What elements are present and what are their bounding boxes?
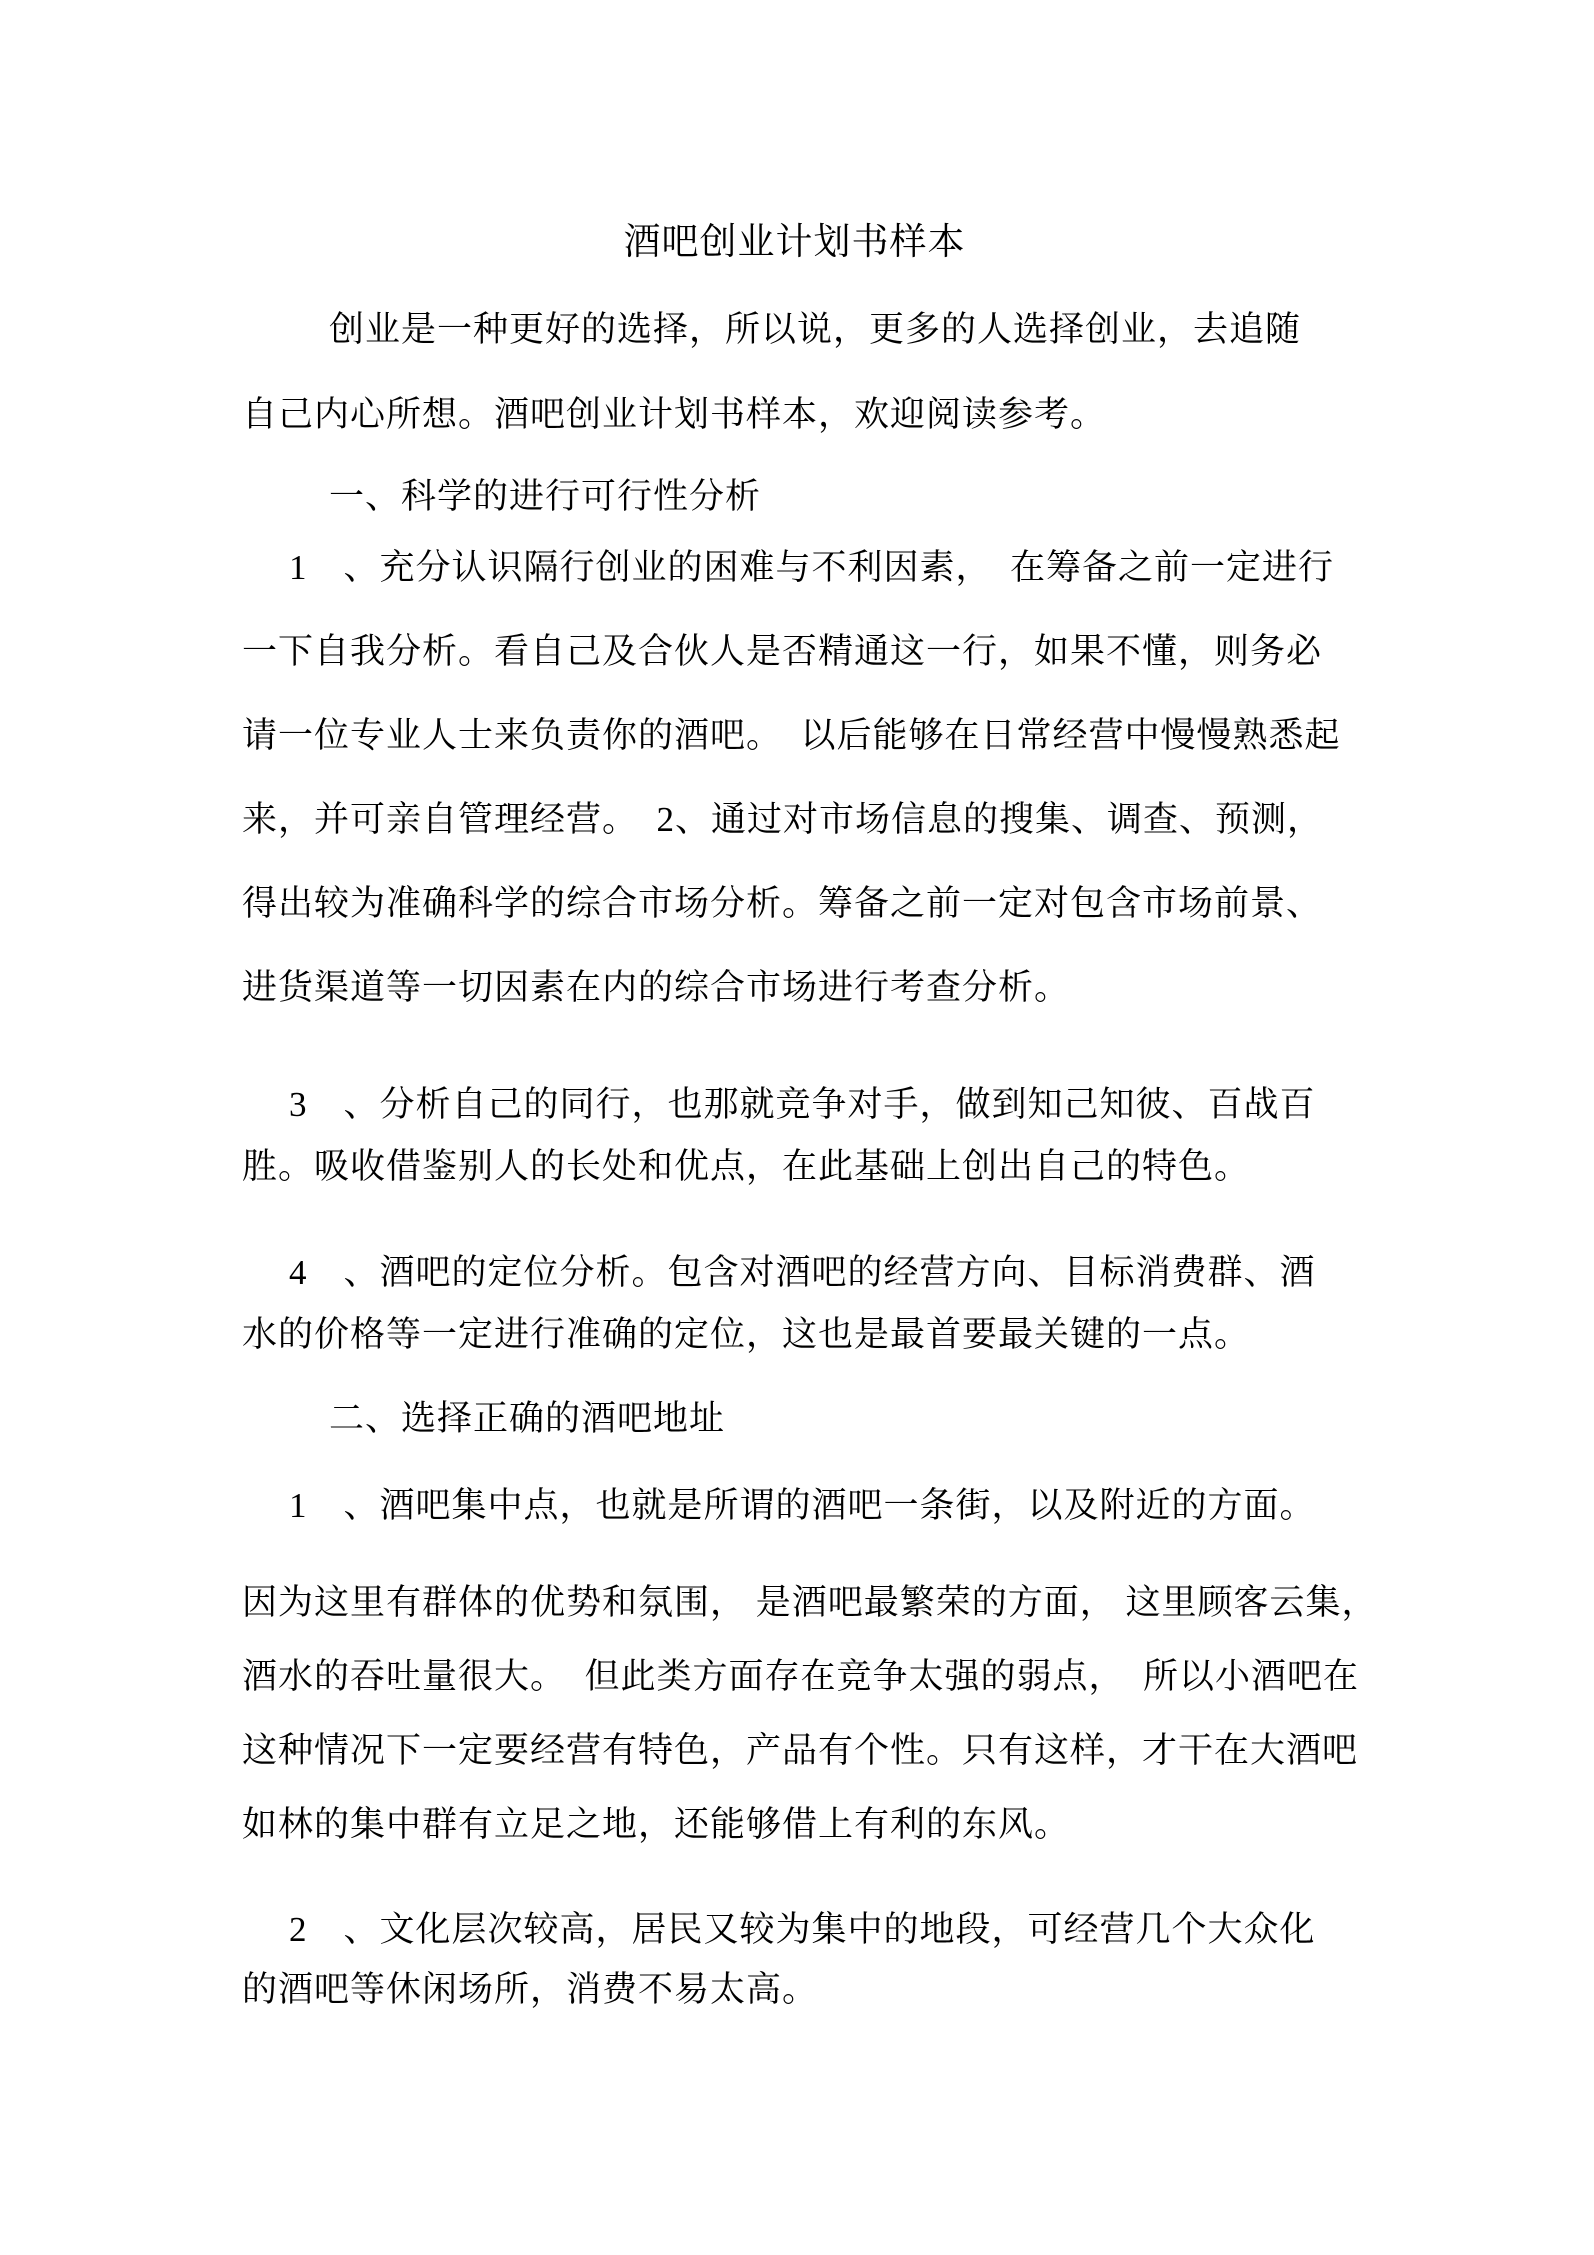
text-line: 水的价格等一定进行准确的定位，这也是最首要最关键的一点。 (242, 1304, 1316, 1366)
text-line: 2 、文化层次较高，居民又较为集中的地段，可经营几个大众化 (242, 1900, 1316, 1960)
text-line: 1 、酒吧集中点，也就是所谓的酒吧一条街，以及附近的方面。 (242, 1483, 1316, 1529)
section-2-item-1: 1 、酒吧集中点，也就是所谓的酒吧一条街，以及附近的方面。 (242, 1483, 1316, 1529)
text-line: 自己内心所想。酒吧创业计划书样本，欢迎阅读参考。 (242, 372, 1301, 457)
text-line: 一下自我分析。看自己及合伙人是否精通这一行，如果不懂，则务必 (242, 610, 1341, 694)
text-line: 如林的集中群有立足之地，还能够借上有利的东风。 (242, 1788, 1378, 1862)
text-line: 酒水的吞吐量很大。 但此类方面存在竞争太强的弱点， 所以小酒吧在 (242, 1640, 1378, 1714)
text-line: 的酒吧等休闲场所，消费不易太高。 (242, 1960, 1316, 2020)
section-2-heading: 二、选择正确的酒吧地址 (242, 1396, 725, 1442)
text-line: 创业是一种更好的选择，所以说，更多的人选择创业，去追随 (242, 287, 1301, 372)
section-1-item-3: 3 、分析自己的同行，也那就竞争对手，做到知己知彼、百战百 胜。吸收借鉴别人的长… (242, 1074, 1316, 1198)
intro-paragraph: 创业是一种更好的选择，所以说，更多的人选择创业，去追随 自己内心所想。酒吧创业计… (242, 287, 1301, 457)
document-title: 酒吧创业计划书样本 (242, 220, 1347, 266)
section-1-heading: 一、科学的进行可行性分析 (242, 474, 761, 520)
document-page: 酒吧创业计划书样本 创业是一种更好的选择，所以说，更多的人选择创业，去追随 自己… (0, 0, 1594, 2255)
text-line: 3 、分析自己的同行，也那就竞争对手，做到知己知彼、百战百 (242, 1074, 1316, 1136)
text-line: 得出较为准确科学的综合市场分析。筹备之前一定对包含市场前景、 (242, 862, 1341, 946)
heading-text: 一、科学的进行可行性分析 (329, 474, 761, 520)
section-1-item-4: 4 、酒吧的定位分析。包含对酒吧的经营方向、目标消费群、酒 水的价格等一定进行准… (242, 1242, 1316, 1366)
section-2-item-1-detail: 因为这里有群体的优势和氛围， 是酒吧最繁荣的方面， 这里顾客云集， 酒水的吞吐量… (242, 1566, 1378, 1862)
section-1-item-1: 1 、充分认识隔行创业的困难与不利因素， 在筹备之前一定进行 一下自我分析。看自… (242, 526, 1341, 1030)
text-line: 这种情况下一定要经营有特色，产品有个性。只有这样，才干在大酒吧 (242, 1714, 1378, 1788)
text-line: 1 、充分认识隔行创业的困难与不利因素， 在筹备之前一定进行 (242, 526, 1341, 610)
heading-text: 二、选择正确的酒吧地址 (329, 1396, 725, 1442)
text-line: 4 、酒吧的定位分析。包含对酒吧的经营方向、目标消费群、酒 (242, 1242, 1316, 1304)
text-line: 因为这里有群体的优势和氛围， 是酒吧最繁荣的方面， 这里顾客云集， (242, 1566, 1378, 1640)
text-line: 胜。吸收借鉴别人的长处和优点，在此基础上创出自己的特色。 (242, 1136, 1316, 1198)
text-line: 请一位专业人士来负责你的酒吧。 以后能够在日常经营中慢慢熟悉起 (242, 694, 1341, 778)
section-2-item-2: 2 、文化层次较高，居民又较为集中的地段，可经营几个大众化 的酒吧等休闲场所，消… (242, 1900, 1316, 2020)
text-line: 来，并可亲自管理经营。 2、通过对市场信息的搜集、调查、预测， (242, 778, 1341, 862)
text-line: 进货渠道等一切因素在内的综合市场进行考查分析。 (242, 946, 1341, 1030)
